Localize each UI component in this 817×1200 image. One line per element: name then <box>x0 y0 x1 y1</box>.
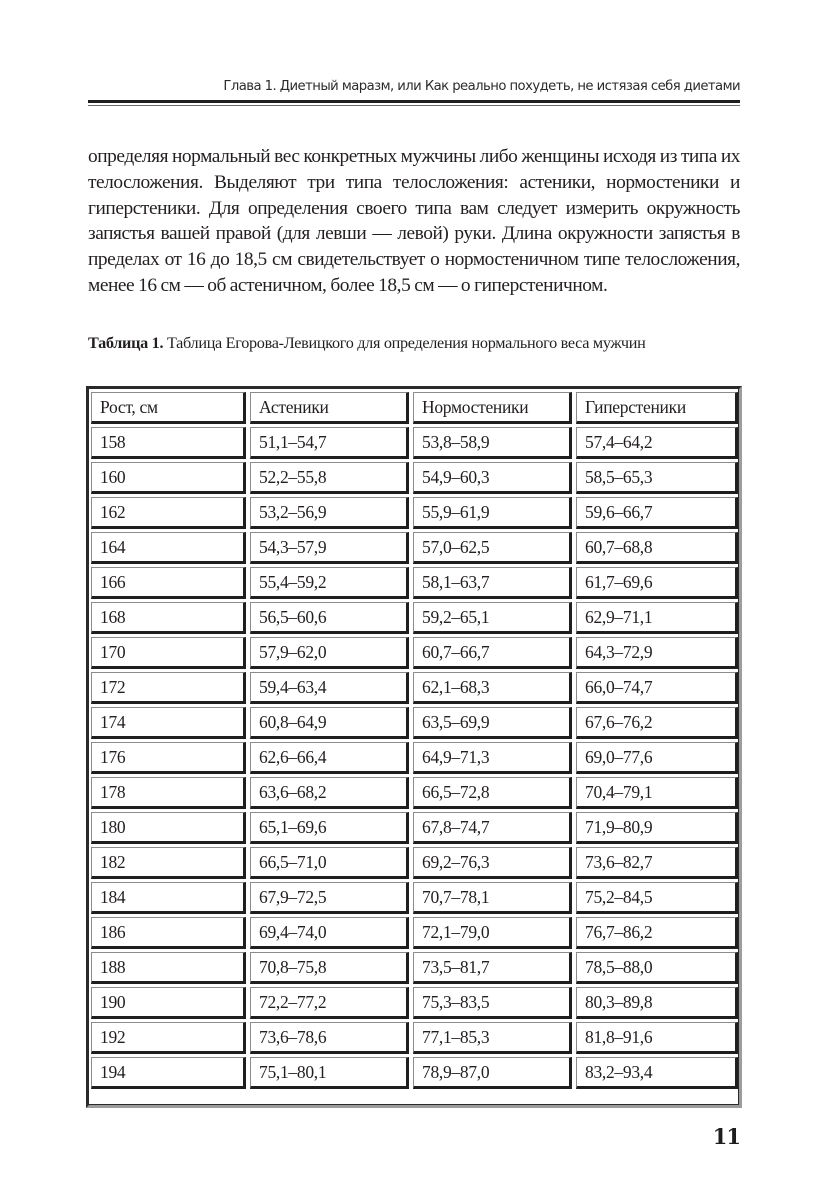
cell-hypersthenic: 83,2–93,4 <box>576 1057 738 1089</box>
cell-hypersthenic: 80,3–89,8 <box>576 987 738 1019</box>
cell-asthenic: 72,2–77,2 <box>250 987 409 1019</box>
table-caption-label: Таблица 1. <box>88 334 163 352</box>
table-header-row: Рост, см Астеники Нормостеники Гиперстен… <box>91 392 738 424</box>
page-number: 11 <box>713 1124 740 1149</box>
cell-height: 184 <box>91 882 246 914</box>
table-row: 19475,1–80,178,9–87,083,2–93,4 <box>91 1057 738 1089</box>
cell-asthenic: 53,2–56,9 <box>250 497 409 529</box>
cell-height: 180 <box>91 812 246 844</box>
cell-hypersthenic: 81,8–91,6 <box>576 1022 738 1054</box>
running-head: Глава 1. Диетный маразм, или Как реально… <box>88 79 740 94</box>
cell-asthenic: 56,5–60,6 <box>250 602 409 634</box>
cell-asthenic: 69,4–74,0 <box>250 917 409 949</box>
cell-normosthenic: 57,0–62,5 <box>413 532 572 564</box>
weight-table: Рост, см Астеники Нормостеники Гиперстен… <box>87 389 742 1092</box>
cell-asthenic: 66,5–71,0 <box>250 847 409 879</box>
cell-hypersthenic: 62,9–71,1 <box>576 602 738 634</box>
cell-height: 160 <box>91 462 246 494</box>
cell-hypersthenic: 66,0–74,7 <box>576 672 738 704</box>
cell-height: 170 <box>91 637 246 669</box>
cell-asthenic: 55,4–59,2 <box>250 567 409 599</box>
column-header-height: Рост, см <box>91 392 246 424</box>
cell-hypersthenic: 59,6–66,7 <box>576 497 738 529</box>
cell-hypersthenic: 69,0–77,6 <box>576 742 738 774</box>
table-row: 18467,9–72,570,7–78,175,2–84,5 <box>91 882 738 914</box>
cell-normosthenic: 55,9–61,9 <box>413 497 572 529</box>
cell-normosthenic: 70,7–78,1 <box>413 882 572 914</box>
cell-normosthenic: 67,8–74,7 <box>413 812 572 844</box>
cell-height: 162 <box>91 497 246 529</box>
cell-height: 188 <box>91 952 246 984</box>
cell-height: 194 <box>91 1057 246 1089</box>
cell-normosthenic: 66,5–72,8 <box>413 777 572 809</box>
table-row: 18669,4–74,072,1–79,076,7–86,2 <box>91 917 738 949</box>
cell-hypersthenic: 64,3–72,9 <box>576 637 738 669</box>
cell-normosthenic: 75,3–83,5 <box>413 987 572 1019</box>
cell-hypersthenic: 67,6–76,2 <box>576 707 738 739</box>
table-row: 18266,5–71,069,2–76,373,6–82,7 <box>91 847 738 879</box>
body-text: определяя нормальный вес конкретных мужч… <box>88 144 740 299</box>
cell-asthenic: 57,9–62,0 <box>250 637 409 669</box>
cell-hypersthenic: 61,7–69,6 <box>576 567 738 599</box>
table-row: 17460,8–64,963,5–69,967,6–76,2 <box>91 707 738 739</box>
cell-asthenic: 59,4–63,4 <box>250 672 409 704</box>
cell-normosthenic: 78,9–87,0 <box>413 1057 572 1089</box>
cell-hypersthenic: 58,5–65,3 <box>576 462 738 494</box>
cell-asthenic: 75,1–80,1 <box>250 1057 409 1089</box>
table-caption: Таблица 1. Таблица Егорова-Левицкого для… <box>88 334 740 353</box>
table-row: 16253,2–56,955,9–61,959,6–66,7 <box>91 497 738 529</box>
cell-height: 168 <box>91 602 246 634</box>
cell-normosthenic: 59,2–65,1 <box>413 602 572 634</box>
table-caption-text: Таблица Егорова-Левицкого для определени… <box>163 334 645 352</box>
table-row: 16052,2–55,854,9–60,358,5–65,3 <box>91 462 738 494</box>
cell-normosthenic: 69,2–76,3 <box>413 847 572 879</box>
cell-normosthenic: 60,7–66,7 <box>413 637 572 669</box>
table-body: 15851,1–54,753,8–58,957,4–64,216052,2–55… <box>91 427 738 1089</box>
cell-height: 176 <box>91 742 246 774</box>
table-header: Рост, см Астеники Нормостеники Гиперстен… <box>91 392 738 424</box>
cell-hypersthenic: 73,6–82,7 <box>576 847 738 879</box>
cell-height: 182 <box>91 847 246 879</box>
cell-hypersthenic: 78,5–88,0 <box>576 952 738 984</box>
cell-normosthenic: 53,8–58,9 <box>413 427 572 459</box>
cell-asthenic: 54,3–57,9 <box>250 532 409 564</box>
cell-normosthenic: 63,5–69,9 <box>413 707 572 739</box>
cell-height: 158 <box>91 427 246 459</box>
table-row: 17863,6–68,266,5–72,870,4–79,1 <box>91 777 738 809</box>
table-row: 19072,2–77,275,3–83,580,3–89,8 <box>91 987 738 1019</box>
table-row: 18065,1–69,667,8–74,771,9–80,9 <box>91 812 738 844</box>
cell-height: 186 <box>91 917 246 949</box>
cell-height: 190 <box>91 987 246 1019</box>
cell-asthenic: 65,1–69,6 <box>250 812 409 844</box>
table-row: 17057,9–62,060,7–66,764,3–72,9 <box>91 637 738 669</box>
cell-normosthenic: 54,9–60,3 <box>413 462 572 494</box>
cell-height: 178 <box>91 777 246 809</box>
cell-hypersthenic: 71,9–80,9 <box>576 812 738 844</box>
cell-height: 172 <box>91 672 246 704</box>
cell-hypersthenic: 76,7–86,2 <box>576 917 738 949</box>
table-row: 16856,5–60,659,2–65,162,9–71,1 <box>91 602 738 634</box>
cell-height: 166 <box>91 567 246 599</box>
cell-hypersthenic: 70,4–79,1 <box>576 777 738 809</box>
cell-normosthenic: 73,5–81,7 <box>413 952 572 984</box>
cell-normosthenic: 64,9–71,3 <box>413 742 572 774</box>
column-header-hypersthenic: Гиперстеники <box>576 392 738 424</box>
column-header-normosthenic: Нормостеники <box>413 392 572 424</box>
cell-normosthenic: 72,1–79,0 <box>413 917 572 949</box>
cell-asthenic: 51,1–54,7 <box>250 427 409 459</box>
cell-asthenic: 63,6–68,2 <box>250 777 409 809</box>
table-row: 18870,8–75,873,5–81,778,5–88,0 <box>91 952 738 984</box>
cell-asthenic: 62,6–66,4 <box>250 742 409 774</box>
cell-height: 192 <box>91 1022 246 1054</box>
table-row: 15851,1–54,753,8–58,957,4–64,2 <box>91 427 738 459</box>
cell-asthenic: 52,2–55,8 <box>250 462 409 494</box>
cell-height: 174 <box>91 707 246 739</box>
table-row: 16655,4–59,258,1–63,761,7–69,6 <box>91 567 738 599</box>
header-rule-thick <box>88 100 740 103</box>
cell-normosthenic: 58,1–63,7 <box>413 567 572 599</box>
cell-asthenic: 70,8–75,8 <box>250 952 409 984</box>
cell-normosthenic: 62,1–68,3 <box>413 672 572 704</box>
body-paragraph: определяя нормальный вес конкретных мужч… <box>88 144 740 299</box>
cell-hypersthenic: 75,2–84,5 <box>576 882 738 914</box>
cell-asthenic: 67,9–72,5 <box>250 882 409 914</box>
table-row: 16454,3–57,957,0–62,560,7–68,8 <box>91 532 738 564</box>
cell-normosthenic: 77,1–85,3 <box>413 1022 572 1054</box>
table-row: 17662,6–66,464,9–71,369,0–77,6 <box>91 742 738 774</box>
column-header-asthenic: Астеники <box>250 392 409 424</box>
table-row: 17259,4–63,462,1–68,366,0–74,7 <box>91 672 738 704</box>
cell-hypersthenic: 60,7–68,8 <box>576 532 738 564</box>
cell-hypersthenic: 57,4–64,2 <box>576 427 738 459</box>
cell-height: 164 <box>91 532 246 564</box>
cell-asthenic: 73,6–78,6 <box>250 1022 409 1054</box>
header-rule-thin <box>88 105 740 106</box>
table-row: 19273,6–78,677,1–85,381,8–91,6 <box>91 1022 738 1054</box>
cell-asthenic: 60,8–64,9 <box>250 707 409 739</box>
